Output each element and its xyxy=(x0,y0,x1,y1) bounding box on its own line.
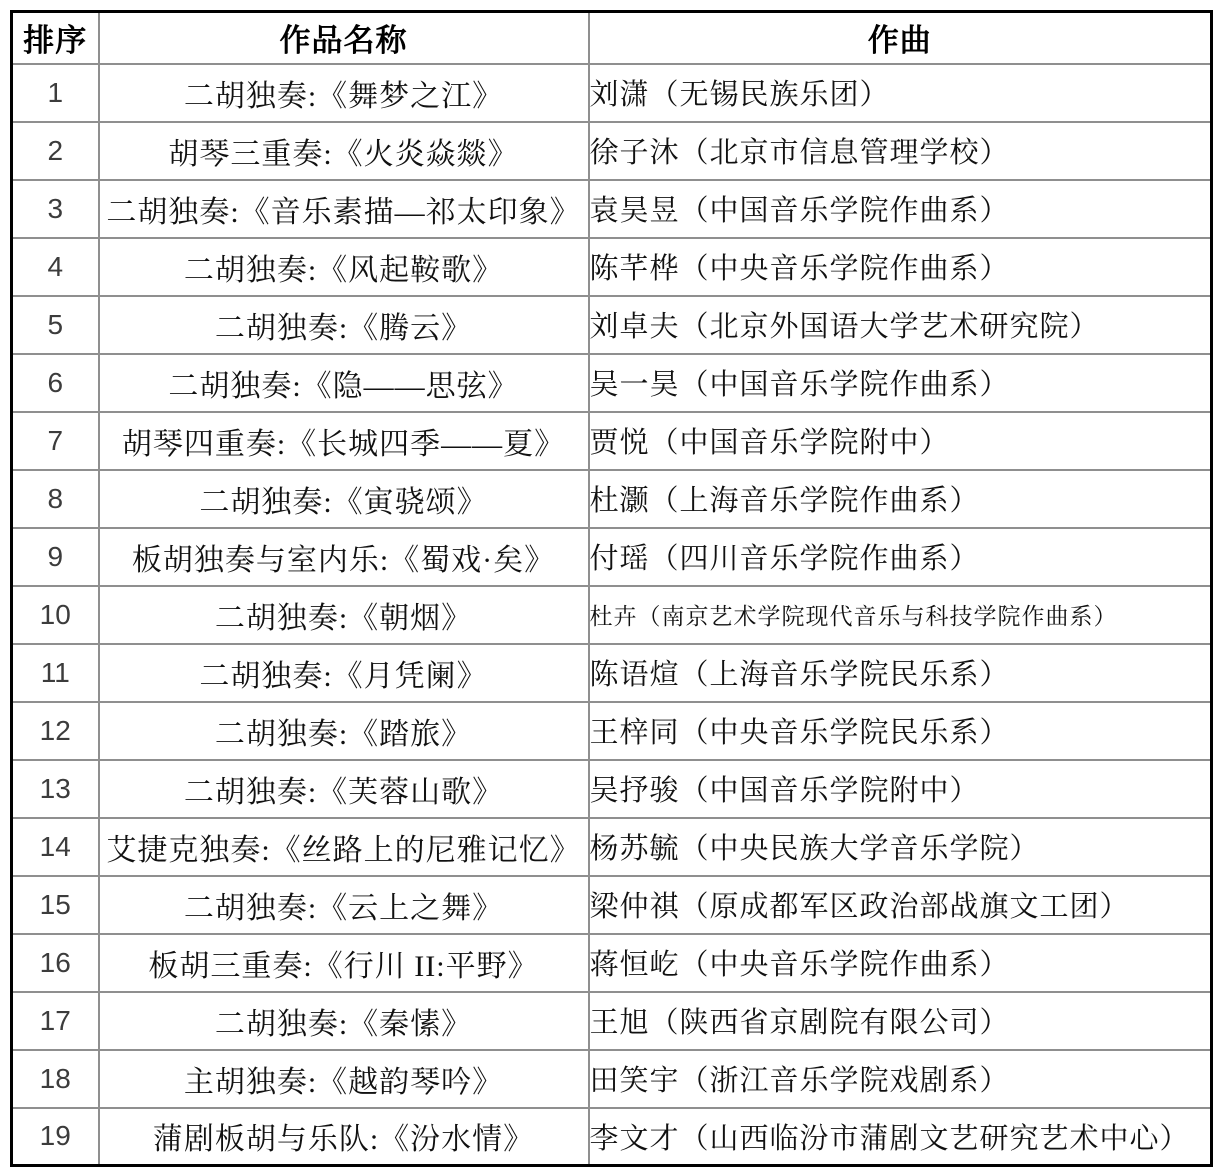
column-header-rank: 排序 xyxy=(12,12,99,64)
rank-cell: 17 xyxy=(12,992,99,1050)
work-cell: 二胡独奏:《芙蓉山歌》 xyxy=(99,760,589,818)
rank-cell: 5 xyxy=(12,296,99,354)
rank-cell: 10 xyxy=(12,586,99,644)
table-row: 7 胡琴四重奏:《长城四季——夏》 贾悦（中国音乐学院附中） xyxy=(12,412,1212,470)
table-header: 排序 作品名称 作曲 xyxy=(12,12,1212,64)
rank-cell: 19 xyxy=(12,1108,99,1166)
work-cell: 二胡独奏:《腾云》 xyxy=(99,296,589,354)
rank-cell: 4 xyxy=(12,238,99,296)
rank-cell: 14 xyxy=(12,818,99,876)
composer-cell: 蒋恒屹（中央音乐学院作曲系） xyxy=(589,934,1212,992)
work-cell: 二胡独奏:《月凭阑》 xyxy=(99,644,589,702)
table-row: 12 二胡独奏:《踏旅》 王梓同（中央音乐学院民乐系） xyxy=(12,702,1212,760)
composer-cell: 吴抒骏（中国音乐学院附中） xyxy=(589,760,1212,818)
work-cell: 板胡独奏与室内乐:《蜀戏·矣》 xyxy=(99,528,589,586)
work-cell: 二胡独奏:《云上之舞》 xyxy=(99,876,589,934)
table-row: 13 二胡独奏:《芙蓉山歌》 吴抒骏（中国音乐学院附中） xyxy=(12,760,1212,818)
rank-cell: 1 xyxy=(12,64,99,122)
composer-cell: 刘潇（无锡民族乐团） xyxy=(589,64,1212,122)
work-cell: 蒲剧板胡与乐队:《汾水情》 xyxy=(99,1108,589,1166)
work-cell: 艾捷克独奏:《丝路上的尼雅记忆》 xyxy=(99,818,589,876)
composer-cell: 徐子沐（北京市信息管理学校） xyxy=(589,122,1212,180)
composer-cell: 袁昊昱（中国音乐学院作曲系） xyxy=(589,180,1212,238)
rank-cell: 8 xyxy=(12,470,99,528)
work-cell: 主胡独奏:《越韵琴吟》 xyxy=(99,1050,589,1108)
rank-cell: 6 xyxy=(12,354,99,412)
table-row: 17 二胡独奏:《秦愫》 王旭（陕西省京剧院有限公司） xyxy=(12,992,1212,1050)
composer-cell: 杜卉（南京艺术学院现代音乐与科技学院作曲系） xyxy=(589,586,1212,644)
table-row: 9 板胡独奏与室内乐:《蜀戏·矣》 付瑶（四川音乐学院作曲系） xyxy=(12,528,1212,586)
work-cell: 二胡独奏:《踏旅》 xyxy=(99,702,589,760)
composer-cell: 杨苏毓（中央民族大学音乐学院） xyxy=(589,818,1212,876)
work-cell: 二胡独奏:《风起鞍歌》 xyxy=(99,238,589,296)
table-row: 3 二胡独奏:《音乐素描—祁太印象》 袁昊昱（中国音乐学院作曲系） xyxy=(12,180,1212,238)
column-header-work: 作品名称 xyxy=(99,12,589,64)
rank-cell: 18 xyxy=(12,1050,99,1108)
rank-cell: 7 xyxy=(12,412,99,470)
composer-cell: 梁仲祺（原成都军区政治部战旗文工团） xyxy=(589,876,1212,934)
composer-cell: 陈芊桦（中央音乐学院作曲系） xyxy=(589,238,1212,296)
rank-cell: 13 xyxy=(12,760,99,818)
table-row: 16 板胡三重奏:《行川 II:平野》 蒋恒屹（中央音乐学院作曲系） xyxy=(12,934,1212,992)
rank-cell: 9 xyxy=(12,528,99,586)
table-row: 15 二胡独奏:《云上之舞》 梁仲祺（原成都军区政治部战旗文工团） xyxy=(12,876,1212,934)
composer-cell: 付瑶（四川音乐学院作曲系） xyxy=(589,528,1212,586)
header-row: 排序 作品名称 作曲 xyxy=(12,12,1212,64)
work-cell: 胡琴三重奏:《火炎焱燚》 xyxy=(99,122,589,180)
composer-cell: 陈语煊（上海音乐学院民乐系） xyxy=(589,644,1212,702)
composer-cell: 贾悦（中国音乐学院附中） xyxy=(589,412,1212,470)
works-ranking-table: 排序 作品名称 作曲 1 二胡独奏:《舞梦之江》 刘潇（无锡民族乐团） 2 胡琴… xyxy=(10,10,1213,1167)
table-row: 2 胡琴三重奏:《火炎焱燚》 徐子沐（北京市信息管理学校） xyxy=(12,122,1212,180)
rank-cell: 16 xyxy=(12,934,99,992)
work-cell: 二胡独奏:《音乐素描—祁太印象》 xyxy=(99,180,589,238)
table-row: 18 主胡独奏:《越韵琴吟》 田笑宇（浙江音乐学院戏剧系） xyxy=(12,1050,1212,1108)
work-cell: 二胡独奏:《舞梦之江》 xyxy=(99,64,589,122)
table-row: 4 二胡独奏:《风起鞍歌》 陈芊桦（中央音乐学院作曲系） xyxy=(12,238,1212,296)
work-cell: 二胡独奏:《隐——思弦》 xyxy=(99,354,589,412)
rank-cell: 3 xyxy=(12,180,99,238)
work-cell: 板胡三重奏:《行川 II:平野》 xyxy=(99,934,589,992)
work-cell: 胡琴四重奏:《长城四季——夏》 xyxy=(99,412,589,470)
composer-cell: 王梓同（中央音乐学院民乐系） xyxy=(589,702,1212,760)
table-row: 19 蒲剧板胡与乐队:《汾水情》 李文才（山西临汾市蒲剧文艺研究艺术中心） xyxy=(12,1108,1212,1166)
composer-cell: 李文才（山西临汾市蒲剧文艺研究艺术中心） xyxy=(589,1108,1212,1166)
table-row: 8 二胡独奏:《寅骁颂》 杜灏（上海音乐学院作曲系） xyxy=(12,470,1212,528)
ranking-document-page: 排序 作品名称 作曲 1 二胡独奏:《舞梦之江》 刘潇（无锡民族乐团） 2 胡琴… xyxy=(0,0,1220,1166)
table-row: 5 二胡独奏:《腾云》 刘卓夫（北京外国语大学艺术研究院） xyxy=(12,296,1212,354)
rank-cell: 12 xyxy=(12,702,99,760)
rank-cell: 2 xyxy=(12,122,99,180)
table-row: 11 二胡独奏:《月凭阑》 陈语煊（上海音乐学院民乐系） xyxy=(12,644,1212,702)
work-cell: 二胡独奏:《寅骁颂》 xyxy=(99,470,589,528)
composer-cell: 田笑宇（浙江音乐学院戏剧系） xyxy=(589,1050,1212,1108)
table-row: 6 二胡独奏:《隐——思弦》 吴一昊（中国音乐学院作曲系） xyxy=(12,354,1212,412)
composer-cell: 吴一昊（中国音乐学院作曲系） xyxy=(589,354,1212,412)
rank-cell: 11 xyxy=(12,644,99,702)
column-header-composer: 作曲 xyxy=(589,12,1212,64)
table-row: 1 二胡独奏:《舞梦之江》 刘潇（无锡民族乐团） xyxy=(12,64,1212,122)
composer-cell: 王旭（陕西省京剧院有限公司） xyxy=(589,992,1212,1050)
work-cell: 二胡独奏:《朝烟》 xyxy=(99,586,589,644)
work-cell: 二胡独奏:《秦愫》 xyxy=(99,992,589,1050)
table-body: 1 二胡独奏:《舞梦之江》 刘潇（无锡民族乐团） 2 胡琴三重奏:《火炎焱燚》 … xyxy=(12,64,1212,1166)
rank-cell: 15 xyxy=(12,876,99,934)
composer-cell: 刘卓夫（北京外国语大学艺术研究院） xyxy=(589,296,1212,354)
composer-cell: 杜灏（上海音乐学院作曲系） xyxy=(589,470,1212,528)
table-row: 14 艾捷克独奏:《丝路上的尼雅记忆》 杨苏毓（中央民族大学音乐学院） xyxy=(12,818,1212,876)
table-row: 10 二胡独奏:《朝烟》 杜卉（南京艺术学院现代音乐与科技学院作曲系） xyxy=(12,586,1212,644)
